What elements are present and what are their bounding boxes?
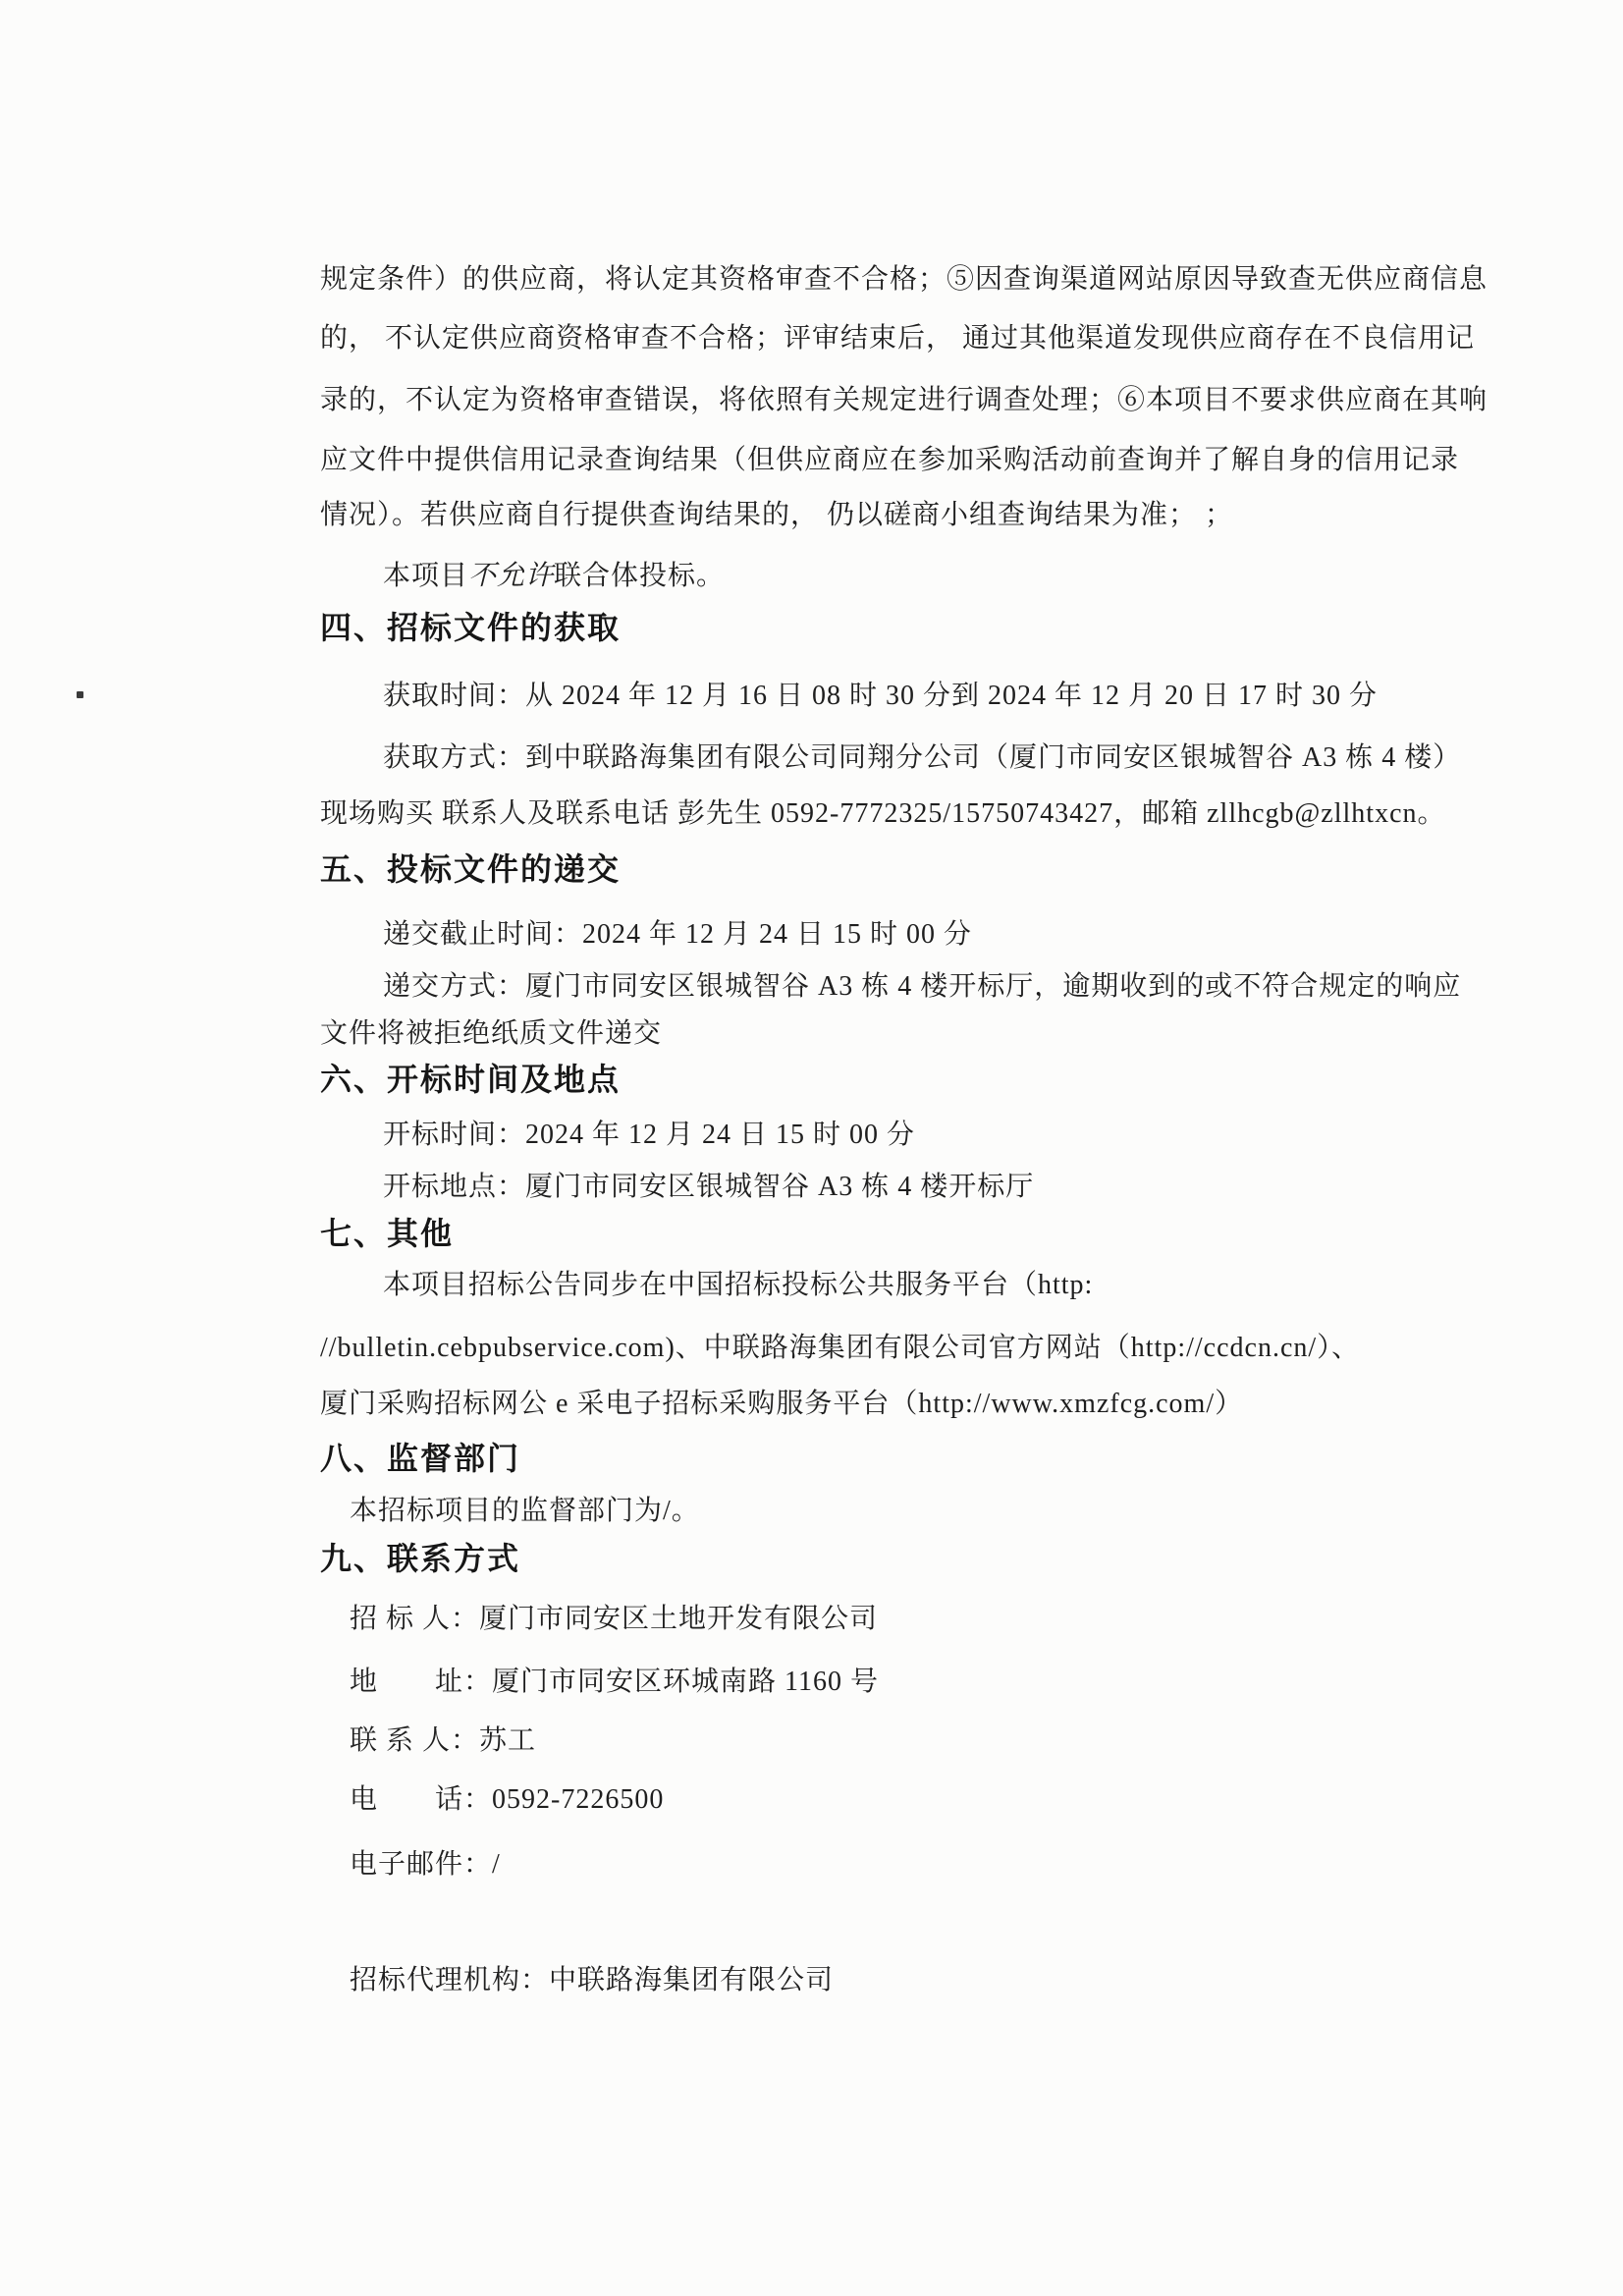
section-8-supervisor: 本招标项目的监督部门为/。 [350,1495,700,1528]
section-4-obtain-time: 获取时间：从 2024 年 12 月 16 日 08 时 30 分到 2024 … [383,680,1378,713]
continuation-line-3: 录的，不认定为资格审查错误，将依照有关规定进行调查处理；⑥本项目不要求供应商在其… [320,384,1488,417]
section-9-address: 地 址：厦门市同安区环城南路 1160 号 [350,1666,879,1699]
section-9-contact-person: 联 系 人：苏工 [350,1724,536,1758]
section-5-submit-method: 递交方式：厦门市同安区银城智谷 A3 栋 4 楼开标厅，逾期收到的或不符合规定的… [383,970,1461,1004]
continuation-line-1: 规定条件）的供应商，将认定其资格审查不合格；⑤因查询渠道网站原因导致查无供应商信… [320,263,1488,297]
joint-bid-prefix: 本项目 [383,561,468,591]
section-4-heading: 四、招标文件的获取 [320,611,621,644]
section-7-platform-line-3: 厦门采购招标网公 e 采电子招标采购服务平台（http://www.xmzfcg… [320,1388,1243,1421]
section-7-platform-line-1: 本项目招标公告同步在中国招标投标公共服务平台（http: [383,1269,1093,1302]
continuation-line-4: 应文件中提供信用记录查询结果（但供应商应在参加采购活动前查询并了解自身的信用记录 [320,444,1459,477]
section-7-heading: 七、其他 [320,1217,454,1250]
section-5-heading: 五、投标文件的递交 [320,852,621,886]
scan-dot-artifact [77,691,83,698]
section-6-heading: 六、开标时间及地点 [320,1063,621,1096]
scanned-tender-announcement-page: 规定条件）的供应商，将认定其资格审查不合格；⑤因查询渠道网站原因导致查无供应商信… [0,0,1623,2296]
continuation-line-5: 情况）。若供应商自行提供查询结果的， 仍以磋商小组查询结果为准； ； [320,499,1233,532]
section-6-open-time: 开标时间：2024 年 12 月 24 日 15 时 00 分 [383,1119,915,1152]
section-4-obtain-method-continued: 现场购买 联系人及联系电话 彭先生 0592-7772325/157507434… [320,797,1446,831]
section-9-agency: 招标代理机构：中联路海集团有限公司 [350,1964,834,1997]
section-9-phone: 电 话：0592-7226500 [350,1783,664,1817]
joint-bid-statement: 本项目不允许联合体投标。 [383,560,725,593]
section-9-tenderer: 招 标 人：厦门市同安区土地开发有限公司 [350,1603,878,1636]
joint-bid-emphasis: 不允许 [468,561,554,591]
continuation-line-2: 的， 不认定供应商资格审查不合格；评审结束后， 通过其他渠道发现供应商存在不良信… [320,322,1475,355]
joint-bid-suffix: 联合体投标。 [554,561,725,591]
section-7-platform-line-2: //bulletin.cebpubservice.com)、中联路海集团有限公司… [320,1332,1360,1365]
section-5-submit-method-continued: 文件将被拒绝纸质文件递交 [320,1017,662,1051]
section-9-heading: 九、联系方式 [320,1542,520,1575]
section-8-heading: 八、监督部门 [320,1442,520,1475]
section-9-email: 电子邮件：/ [350,1848,501,1882]
section-5-deadline: 递交截止时间：2024 年 12 月 24 日 15 时 00 分 [383,918,972,952]
section-6-open-place: 开标地点：厦门市同安区银城智谷 A3 栋 4 楼开标厅 [383,1171,1034,1204]
section-4-obtain-method: 获取方式：到中联路海集团有限公司同翔分公司（厦门市同安区银城智谷 A3 栋 4 … [383,741,1461,775]
